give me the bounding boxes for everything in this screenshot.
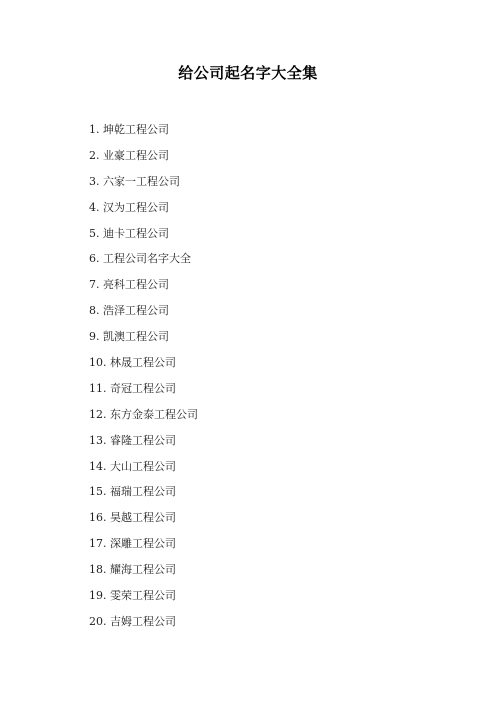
list-item: 4. 汉为工程公司 (89, 200, 198, 226)
list-item: 8. 浩泽工程公司 (89, 303, 198, 329)
list-item: 15. 福瑞工程公司 (89, 484, 198, 510)
document-page: 给公司起名字大全集 1. 坤乾工程公司 2. 业豪工程公司 3. 六家一工程公司… (0, 0, 496, 702)
list-item: 9. 凯澳工程公司 (89, 329, 198, 355)
list-item: 7. 亮科工程公司 (89, 277, 198, 303)
list-item: 13. 睿隆工程公司 (89, 433, 198, 459)
list-item: 20. 吉姆工程公司 (89, 614, 198, 640)
list-item: 12. 东方金泰工程公司 (89, 407, 198, 433)
company-name-list: 1. 坤乾工程公司 2. 业豪工程公司 3. 六家一工程公司 4. 汉为工程公司… (89, 122, 198, 640)
list-item: 17. 深雕工程公司 (89, 536, 198, 562)
list-item: 3. 六家一工程公司 (89, 174, 198, 200)
list-item: 1. 坤乾工程公司 (89, 122, 198, 148)
list-item: 16. 昊越工程公司 (89, 510, 198, 536)
list-item: 5. 迪卡工程公司 (89, 226, 198, 252)
list-item: 19. 雯荣工程公司 (89, 588, 198, 614)
list-item: 11. 奇冠工程公司 (89, 381, 198, 407)
list-item: 14. 大山工程公司 (89, 459, 198, 485)
document-title: 给公司起名字大全集 (0, 62, 496, 83)
list-item: 2. 业豪工程公司 (89, 148, 198, 174)
list-item: 10. 林晟工程公司 (89, 355, 198, 381)
list-item: 6. 工程公司名字大全 (89, 251, 198, 277)
list-item: 18. 耀海工程公司 (89, 562, 198, 588)
